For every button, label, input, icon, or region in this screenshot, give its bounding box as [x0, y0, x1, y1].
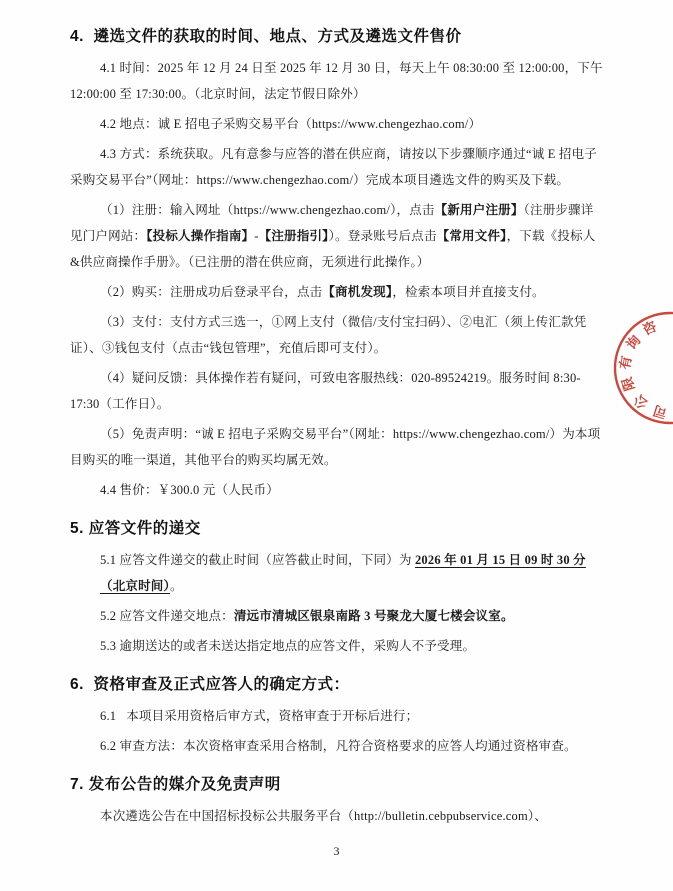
section-heading: 6. 资格审查及正式应答人的确定方式：	[70, 672, 604, 694]
text-run: ）。登录账号后点击	[329, 229, 437, 243]
paragraph: 5.1 应答文件递交的截止时间（应答截止时间，下同）为 2026 年 01 月 …	[70, 547, 604, 599]
text-run: （3）支付：支付方式三选一，①网上支付（微信/支付宝扫码）、②电汇（须上传汇款凭…	[70, 315, 586, 355]
text-run: 【注册指引】	[259, 229, 329, 243]
seal-text: 司公限有询咨	[616, 315, 669, 421]
text-run: 【新用户注册】	[435, 203, 524, 217]
paragraph: （1）注册：输入网址（https://www.chengezhao.com/），…	[70, 197, 604, 275]
text-run: （5）免责声明：“诚 E 招电子采购交易平台”（网址：https://www.c…	[70, 427, 600, 467]
text-run: 【投标人操作指南】	[146, 229, 254, 243]
paragraph: 4.2 地点：诚 E 招电子采购交易平台（https://www.chengez…	[70, 111, 604, 137]
text-run: 5.3 逾期送达的或者未送达指定地点的应答文件，采购人不予受理。	[100, 639, 475, 653]
section-heading: 5. 应答文件的递交	[70, 516, 604, 538]
text-run: 4.2 地点：诚 E 招电子采购交易平台（https://www.chengez…	[100, 117, 481, 131]
svg-text:司公限有询咨: 司公限有询咨	[616, 315, 669, 421]
text-run: 5. 应答文件的递交	[70, 520, 201, 537]
page-number: 3	[0, 844, 673, 859]
text-run: 6. 资格审查及正式应答人的确定方式：	[70, 676, 350, 693]
text-run: （4）疑问反馈：具体操作若有疑问，可致电客服热线：020-89524219。服务…	[70, 371, 581, 411]
text-run: 6.2 审查方法：本次资格审查采用合格制，凡符合资格要求的应答人均通过资格审查。	[100, 739, 577, 753]
paragraph: 5.3 逾期送达的或者未送达指定地点的应答文件，采购人不予受理。	[70, 633, 604, 659]
document-page: 4. 遴选文件的获取的时间、地点、方式及遴选文件售价4.1 时间：2025 年 …	[0, 0, 673, 891]
section-heading: 7. 发布公告的媒介及免责声明	[70, 772, 604, 794]
paragraph: （2）购买：注册成功后登录平台，点击【商机发现】，检索本项目并直接支付。	[70, 279, 604, 305]
paragraph: （4）疑问反馈：具体操作若有疑问，可致电客服热线：020-89524219。服务…	[70, 365, 604, 417]
company-seal-stamp: 司公限有询咨	[611, 293, 673, 445]
text-run: 6.1 本项目采用资格后审方式，资格审查于开标后进行；	[100, 709, 418, 723]
text-run: 7. 发布公告的媒介及免责声明	[70, 776, 281, 793]
paragraph: 6.2 审查方法：本次资格审查采用合格制，凡符合资格要求的应答人均通过资格审查。	[70, 733, 604, 759]
text-run: 4.4 售价：￥300.0 元（人民币）	[100, 483, 279, 497]
text-run: 4.3 方式：系统获取。凡有意参与应答的潜在供应商，请按以下步骤顺序通过“诚 E…	[70, 147, 597, 187]
text-run: 4.1 时间：2025 年 12 月 24 日至 2025 年 12 月 30 …	[70, 61, 606, 101]
paragraph: 4.3 方式：系统获取。凡有意参与应答的潜在供应商，请按以下步骤顺序通过“诚 E…	[70, 141, 604, 193]
document-content: 4. 遴选文件的获取的时间、地点、方式及遴选文件售价4.1 时间：2025 年 …	[70, 24, 604, 833]
paragraph: 5.2 应答文件递交地点：清远市清城区银泉南路 3 号聚龙大厦七楼会议室。	[70, 603, 604, 629]
text-run: 清远市清城区银泉南路 3 号聚龙大厦七楼会议室。	[234, 609, 514, 623]
text-run: 。	[170, 579, 183, 593]
text-run: 4. 遴选文件的获取的时间、地点、方式及遴选文件售价	[70, 28, 462, 45]
section-heading: 4. 遴选文件的获取的时间、地点、方式及遴选文件售价	[70, 24, 604, 46]
text-run: ，检索本项目并直接支付。	[392, 285, 544, 299]
paragraph: （5）免责声明：“诚 E 招电子采购交易平台”（网址：https://www.c…	[70, 421, 604, 473]
paragraph: 4.1 时间：2025 年 12 月 24 日至 2025 年 12 月 30 …	[70, 55, 604, 107]
paragraph: 4.4 售价：￥300.0 元（人民币）	[70, 477, 604, 503]
text-run: 5.2 应答文件递交地点：	[100, 609, 234, 623]
paragraph: （3）支付：支付方式三选一，①网上支付（微信/支付宝扫码）、②电汇（须上传汇款凭…	[70, 309, 604, 361]
text-run: 【商机发现】	[322, 285, 392, 299]
text-run: 5.1 应答文件递交的截止时间（应答截止时间，下同）为	[100, 553, 415, 567]
text-run: （2）购买：注册成功后登录平台，点击	[100, 285, 322, 299]
text-run: 本次遴选公告在中国招标投标公共服务平台（http://bulletin.cebp…	[100, 809, 547, 823]
paragraph: 本次遴选公告在中国招标投标公共服务平台（http://bulletin.cebp…	[70, 803, 604, 829]
text-run: （1）注册：输入网址（https://www.chengezhao.com/），…	[100, 203, 435, 217]
paragraph: 6.1 本项目采用资格后审方式，资格审查于开标后进行；	[70, 703, 604, 729]
text-run: 【常用文件】	[437, 229, 507, 243]
seal-circle	[615, 313, 673, 423]
